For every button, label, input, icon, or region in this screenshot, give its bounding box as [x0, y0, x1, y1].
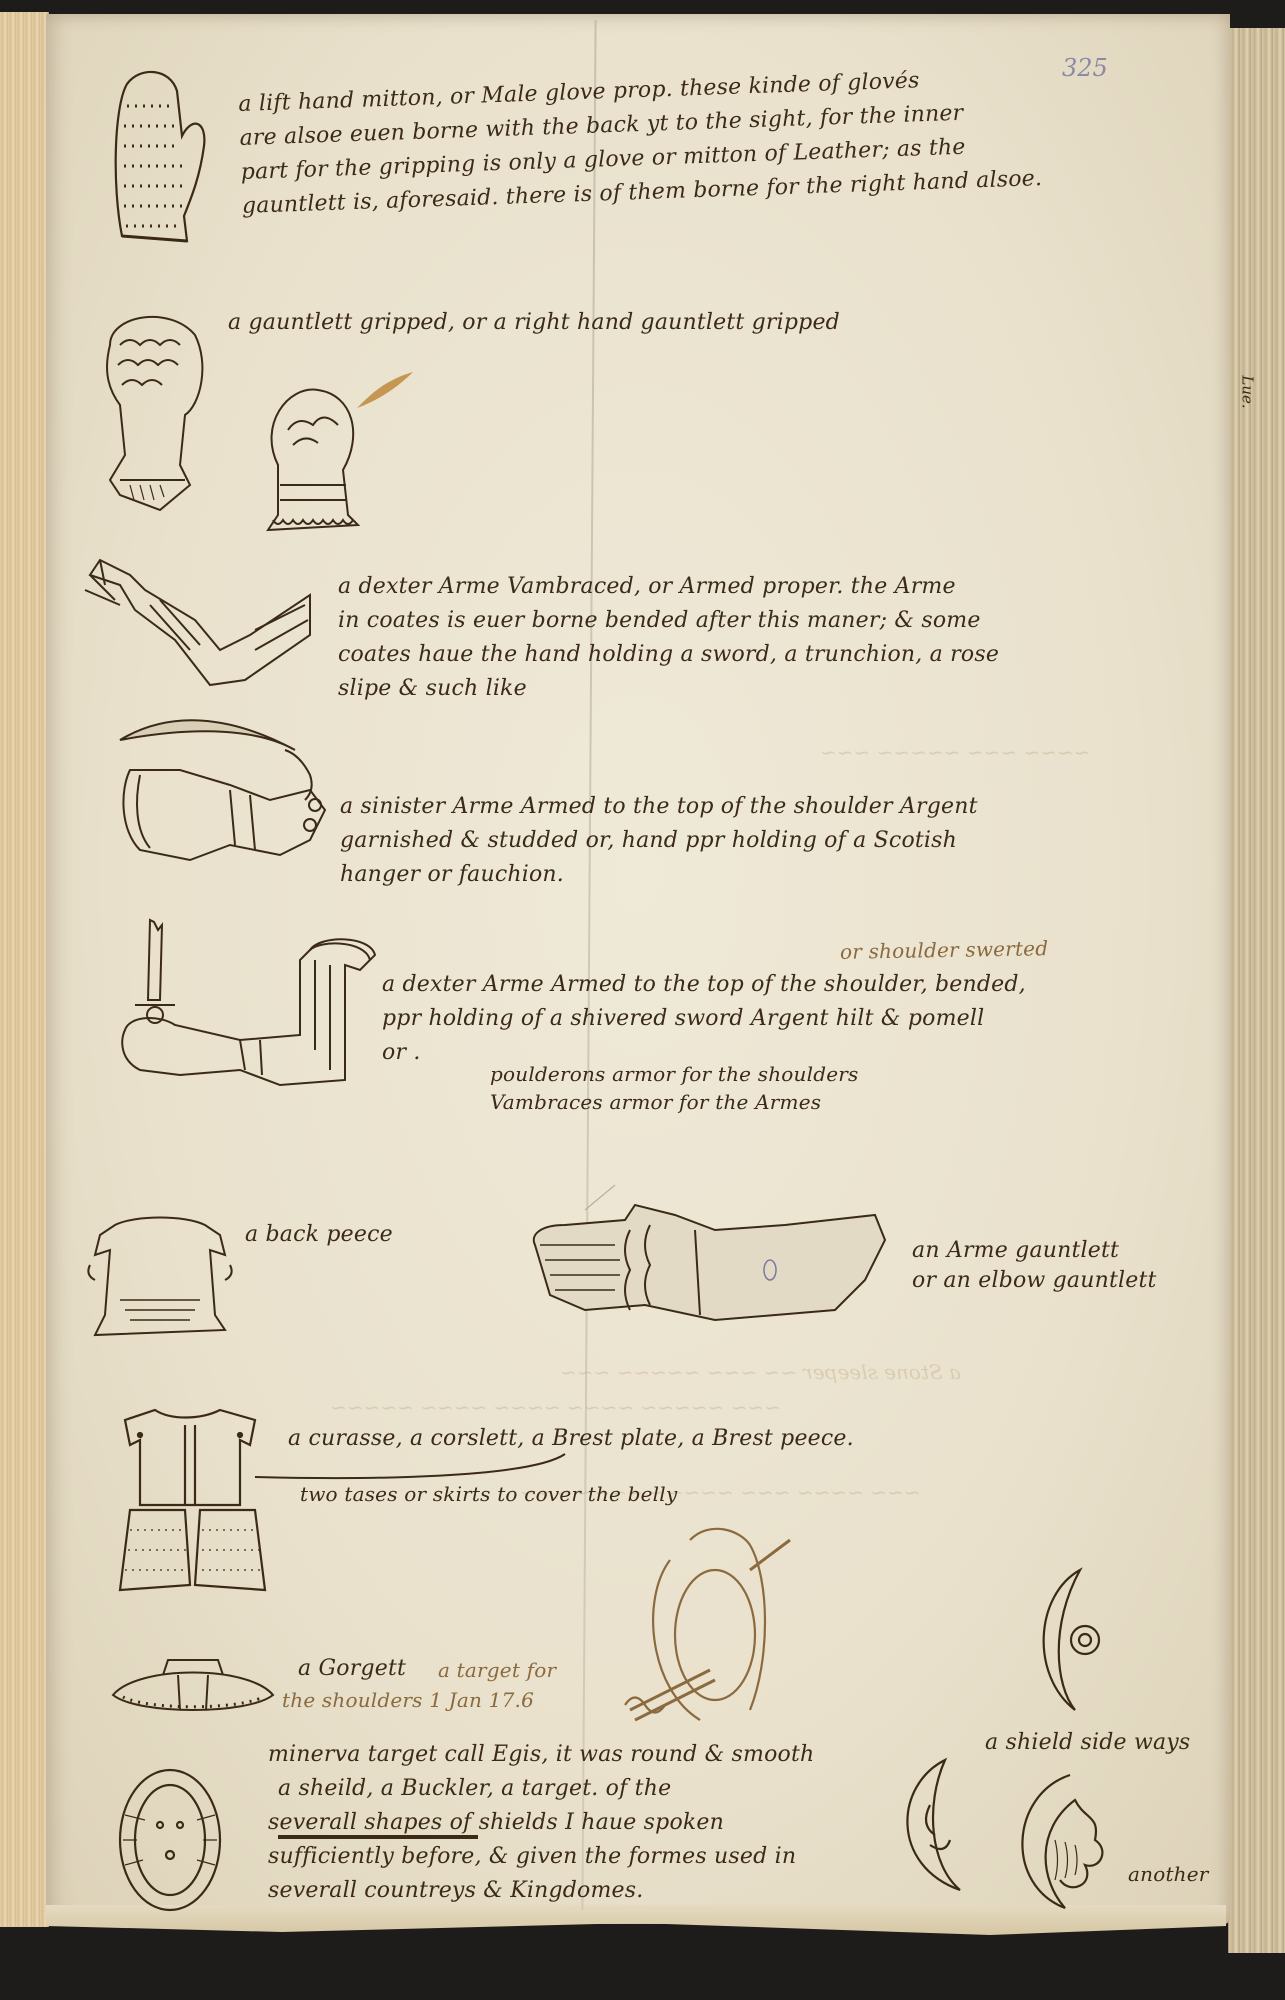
annotation-shoulder-swerted: or shoulder swerted — [840, 934, 1049, 966]
gripped-gauntlet-front-icon — [258, 385, 368, 540]
ink-blot — [355, 370, 415, 410]
book-page-edges-right: Lue. — [1228, 28, 1285, 1953]
bleed-through: ~~~~ ~~~ ~~~~~ ~~~ — [820, 740, 1090, 764]
entry-dexter-arme-shoulder-notes: poulderons armor for the shoulders Vambr… — [490, 1060, 858, 1116]
folio-number: 325 — [1062, 54, 1108, 82]
arm-with-hanger-icon — [110, 710, 335, 880]
entry-dexter-arme-vambraced-text: a dexter Arme Vambraced, or Armed proper… — [338, 570, 999, 706]
entry-gorgett-text: a Gorgett — [298, 1652, 406, 1686]
entry-dexter-arme-shoulder-text: a dexter Arme Armed to the top of the sh… — [382, 968, 1026, 1070]
vambraced-arm-icon — [80, 555, 315, 705]
entry-back-peece-text: a back peece — [245, 1218, 393, 1252]
entry-gauntlett-gripped-text: a gauntlett gripped, or a right hand gau… — [228, 306, 840, 340]
crescent-shield-icon — [890, 1755, 990, 1895]
entry-gorgett-note-1: a target for — [438, 1656, 556, 1684]
underline-stroke — [250, 1452, 570, 1482]
manuscript-scan: Lue. a Stone sleeper ~~ ~~~ ~~~~~ ~~~ ~~… — [0, 0, 1285, 2000]
target-sketch-icon — [620, 1520, 820, 1730]
bleed-through: ~~~ ~~~~~ ~~~~ ~~~~ ~~~~ ~~~~~ — [330, 1395, 781, 1419]
entry-mitton-text: a lift hand mitton, or Male glove prop. … — [238, 60, 1043, 224]
crescent-shield-icon — [1000, 1770, 1120, 1910]
spine-label: Lue. — [1239, 375, 1257, 408]
entry-curasse-text: a curasse, a corslett, a Brest plate, a … — [288, 1422, 854, 1456]
entry-shield-side-ways-text: a shield side ways — [985, 1726, 1190, 1760]
entry-gorgett-note-2: the shoulders 1 Jan 17.6 — [282, 1686, 534, 1714]
round-shield-icon — [115, 1765, 225, 1915]
entry-sinister-arme-text: a sinister Arme Armed to the top of the … — [340, 790, 978, 892]
entry-arme-gauntlett-text: an Arme gauntlett or an elbow gauntlett — [912, 1236, 1157, 1296]
mail-glove-icon — [112, 66, 212, 256]
gripped-gauntlet-icon — [100, 305, 210, 515]
entry-another-text: another — [1128, 1860, 1209, 1888]
arm-with-sword-icon — [120, 920, 375, 1100]
entry-curasse-notes: two tases or skirts to cover the belly — [300, 1480, 677, 1508]
strikethrough-stroke — [278, 1825, 478, 1831]
bleed-through: a Stone sleeper ~~ ~~~ ~~~~~ ~~~ — [560, 1360, 961, 1384]
back-plate-icon — [85, 1215, 235, 1345]
crescent-shield-icon — [1025, 1565, 1105, 1715]
elbow-gauntlet-icon — [525, 1200, 905, 1330]
gorget-icon — [108, 1655, 278, 1730]
book-page-edges-left — [0, 12, 49, 1927]
cuirass-icon — [110, 1405, 275, 1595]
entry-shield-text: minerva target call Egis, it was round &… — [268, 1738, 814, 1908]
